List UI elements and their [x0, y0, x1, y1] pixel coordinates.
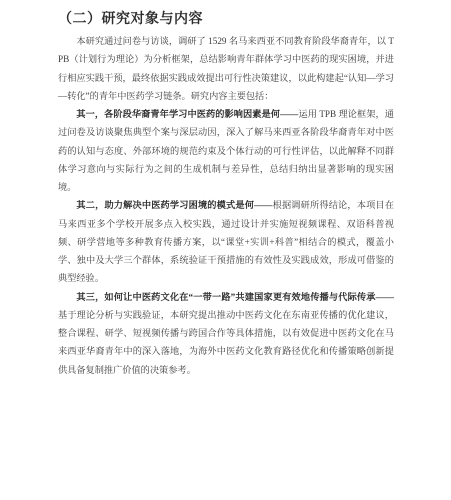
paragraph-point-two-lead: 其二，助力解决中医药学习困境的模式是何—— [76, 200, 272, 210]
section-heading: （二）研究对象与内容 [58, 10, 394, 30]
paragraph-point-three-text: 基于理论分析与实践验证，本研究提出推动中医药文化在东南亚传播的优化建议，整合课程… [58, 310, 394, 375]
paragraph-point-one-text: 运用 TPB 理论框架，通过问卷及访谈聚焦典型个案与深层动因，深入了解马来西亚各… [58, 109, 394, 192]
paragraph-point-one: 其一，各阶段华裔青年学习中医药的影响因素是何——运用 TPB 理论框架，通过问卷… [58, 105, 394, 196]
paragraph-point-one-lead: 其一，各阶段华裔青年学习中医药的影响因素是何—— [76, 109, 298, 119]
document-page: （二）研究对象与内容 本研究通过问卷与访谈，调研了 1529 名马来西亚不同教育… [0, 0, 451, 500]
paragraph-intro-text: 本研究通过问卷与访谈，调研了 1529 名马来西亚不同教育阶段华裔青年，以 TP… [58, 36, 394, 101]
paragraph-intro: 本研究通过问卷与访谈，调研了 1529 名马来西亚不同教育阶段华裔青年，以 TP… [58, 32, 394, 105]
paragraph-point-two: 其二，助力解决中医药学习困境的模式是何——根据调研所得结论，本项目在马来西亚多个… [58, 196, 394, 287]
paragraph-point-three: 其三，如何让中医药文化在“一带一路”共建国家更有效地传播与代际传承——基于理论分… [58, 288, 394, 379]
paragraph-point-two-text: 根据调研所得结论，本项目在马来西亚多个学校开展多点入校实践，通过设计并实施短视频… [58, 200, 394, 283]
paragraph-point-three-lead: 其三，如何让中医药文化在“一带一路”共建国家更有效地传播与代际传承—— [76, 292, 394, 302]
